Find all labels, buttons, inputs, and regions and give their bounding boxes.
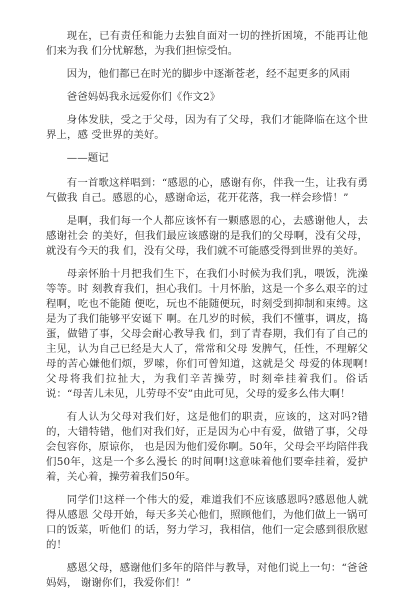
essay-title: 爸爸妈妈我永远爱你们《作文2》 bbox=[46, 90, 368, 105]
paragraph-classmates: 同学们!这样一个伟大的爱，难道我们不应该感恩吗?感恩他人就得从感恩 父母开始，每… bbox=[46, 493, 368, 553]
paragraph-body-from-parents: 身体发肤，受之于父母，因为有了父母，我们才能降临在这个世界上，感 受世界的美好。 bbox=[46, 113, 368, 143]
paragraph-closing: 感恩父母，感谢他们多年的陪伴与教导，对他们说上一句：“爸爸妈妈， 谢谢你们，我爱… bbox=[46, 561, 368, 591]
paragraph-duty: 有人认为父母对我们好，这是他们的职责，应该的，这对吗?错的，大错特错，他们对我们… bbox=[46, 410, 368, 485]
paragraph-song: 有一首歌这样唱到：“感恩的心，感谢有你，伴我一生，让我有勇气做我 自己。感恩的心… bbox=[46, 176, 368, 206]
paragraph-responsibility: 现在，已有责任和能力去独自面对一切的挫折困境，不能再让他们来为我 们分忧解愁，为… bbox=[46, 29, 368, 59]
document-body: 现在，已有责任和能力去独自面对一切的挫折困境，不能再让他们来为我 们分忧解愁，为… bbox=[46, 29, 368, 591]
paragraph-aging-parents: 因为，他们都已在时光的脚步中逐渐苍老，经不起更多的风雨 bbox=[46, 67, 368, 82]
document-page: 现在，已有责任和能力去独自面对一切的挫折困境，不能再让他们来为我 们分忧解愁，为… bbox=[0, 0, 410, 600]
paragraph-mother: 母亲怀胎十月把我们生下，在我们小时候为我们乳，喂饭，洗澡等等。时 刻教育我们，担… bbox=[46, 267, 368, 402]
epigraph-label: ——题记 bbox=[46, 151, 368, 166]
paragraph-gratitude: 是啊，我们每一个人都应该怀有一颗感恩的心，去感谢他人，去感谢社会 的美好，但我们… bbox=[46, 214, 368, 259]
